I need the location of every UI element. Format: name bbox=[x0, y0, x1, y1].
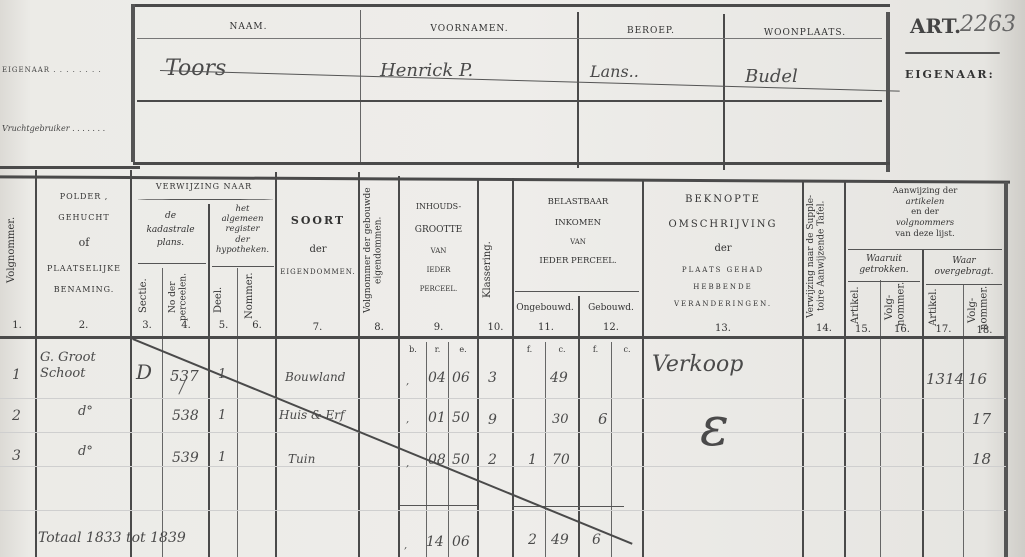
owner-woonplaats: Budel bbox=[745, 66, 798, 87]
col9-header-line: IEDER bbox=[400, 261, 477, 280]
row3-perceel: 539 bbox=[172, 450, 199, 466]
col7-header-line: EIGENDOMMEN. bbox=[278, 263, 358, 282]
col-line-right bbox=[1004, 182, 1008, 557]
article-label: ART. bbox=[910, 14, 961, 38]
unit-roede: r. bbox=[427, 345, 448, 354]
row-guide-3 bbox=[0, 466, 1006, 467]
hypotheken-header-line: het bbox=[210, 204, 275, 214]
col13-header-line: HEBBENDE bbox=[644, 279, 802, 296]
col13-header-line: VERANDERINGEN. bbox=[644, 296, 802, 313]
unit-gebouwd-cent: c. bbox=[612, 345, 642, 354]
owner-frame-top bbox=[133, 4, 890, 7]
total-ongebouwd-c: 49 bbox=[551, 532, 569, 548]
kadastrale-header-line: kadastrale bbox=[133, 224, 208, 238]
row1-klassering: 3 bbox=[488, 370, 497, 386]
row3-volgnommer: 3 bbox=[12, 448, 21, 464]
col-line-10 bbox=[477, 178, 479, 557]
verwijzing-naar-header: VERWIJZING NAAR bbox=[133, 182, 275, 192]
row2-volgnommer-overgebragt: 17 bbox=[972, 410, 991, 428]
col7-header-line: der bbox=[278, 236, 358, 263]
kadastrale-brace bbox=[138, 263, 206, 264]
usufructuary-row-label: Vruchtgebruiker . . . . . . . bbox=[2, 124, 105, 133]
row3-ongebouwd-f: 1 bbox=[528, 452, 537, 468]
verwijzing-brace bbox=[138, 199, 273, 200]
col16-header: Volg-nommer. bbox=[884, 288, 918, 326]
col9-header-line: INHOUDS- bbox=[400, 196, 477, 218]
header-bottom-rule bbox=[0, 336, 1006, 339]
colnum-17: 17. bbox=[924, 324, 963, 335]
belastbaar-header-line: INKOMEN bbox=[514, 213, 642, 234]
row3-grootte-e: 50 bbox=[452, 452, 470, 468]
colnum-1: 1. bbox=[2, 320, 32, 331]
colnum-11: 11. bbox=[514, 322, 578, 333]
row-guide-1 bbox=[0, 398, 1006, 399]
owner-row-label: EIGENAAR . . . . . . . . bbox=[2, 66, 102, 74]
total-grootte-r: 14 bbox=[426, 534, 444, 550]
row1-volgnommer: 1 bbox=[12, 367, 21, 383]
waar-header: Waar overgebragt. bbox=[924, 256, 1004, 278]
col1-header: Volgnommer. bbox=[6, 190, 30, 310]
col-line-5 bbox=[237, 268, 238, 557]
colnum-7: 7. bbox=[277, 322, 358, 333]
col9-header-line: PERCEEL. bbox=[400, 280, 477, 299]
aanwijzing-header-line: van deze lijst. bbox=[846, 229, 1004, 240]
ledger-page: EIGENAAR . . . . . . . . Vruchtgebruiker… bbox=[0, 0, 1025, 557]
table-top-mid bbox=[133, 162, 890, 165]
colnum-13: 13. bbox=[644, 323, 802, 334]
row3-soort: Tuin bbox=[288, 452, 315, 466]
col12-header: Gebouwd. bbox=[580, 303, 642, 314]
aanwijzing-header: Aanwijzing der artikelen en der volgnomm… bbox=[846, 186, 1004, 239]
row2-grootte-e: 50 bbox=[452, 410, 470, 426]
col-naam-header: NAAM. bbox=[137, 22, 360, 33]
colnum-9: 9. bbox=[400, 322, 477, 333]
row1-omschrijving: Verkoop bbox=[652, 352, 743, 377]
article-owner-label: EIGENAAR: bbox=[905, 68, 1010, 82]
colnum-16: 16. bbox=[882, 324, 922, 335]
unit-ongebouwd-cent: c. bbox=[546, 345, 578, 354]
col8-header: Volgnommer der gebouwde eigendommen. bbox=[363, 180, 393, 320]
hypotheken-header-line: hypotheken. bbox=[210, 245, 275, 255]
col-line-7 bbox=[358, 172, 360, 557]
row1-soort: Bouwland bbox=[285, 370, 345, 384]
row3-klassering: 2 bbox=[488, 452, 497, 468]
colnum-14: 14. bbox=[804, 323, 844, 334]
col-line-6 bbox=[275, 172, 277, 557]
col-line-11c bbox=[545, 342, 546, 557]
col-line-18 bbox=[963, 285, 964, 557]
col17-header: Artikel. bbox=[928, 290, 956, 326]
aanwijzing-header-line: volgnommers bbox=[846, 218, 1004, 229]
col9-header: INHOUDS- GROOTTE VAN IEDER PERCEEL. bbox=[400, 196, 477, 299]
col2-header-line: BENAMING. bbox=[38, 279, 130, 300]
col-line-16 bbox=[880, 280, 881, 557]
row1-artikel-overgebragt: 1314 bbox=[926, 370, 964, 388]
col-beroep-header: BEROEP. bbox=[579, 26, 723, 37]
col2-header-line: of bbox=[38, 228, 130, 257]
col6-header: Nommer. bbox=[244, 272, 266, 320]
idem-flourish: ε bbox=[700, 400, 729, 454]
waaruit-brace bbox=[848, 281, 920, 282]
aanwijzing-header-line: Aanwijzing der bbox=[846, 186, 1004, 197]
aanwijzing-header-line: en der bbox=[846, 207, 1004, 218]
colnum-8: 8. bbox=[360, 322, 398, 333]
col-line-14 bbox=[802, 180, 804, 557]
belastbaar-header-line: IEDER PERCEEL. bbox=[514, 251, 642, 272]
col-line-4 bbox=[208, 204, 210, 557]
col13-header-line: OMSCHRIJVING bbox=[644, 213, 802, 238]
row-guide-4 bbox=[0, 510, 1006, 511]
belastbaar-header-line: VAN bbox=[514, 234, 642, 251]
col9-header-line: VAN bbox=[400, 242, 477, 261]
row3-deel: 1 bbox=[218, 450, 226, 465]
total-label: Totaal 1833 tot 1839 bbox=[38, 530, 186, 546]
belastbaar-header-line: BELASTBAAR bbox=[514, 192, 642, 213]
unit-gebouwd-florin: f. bbox=[580, 345, 611, 354]
article-number: 2263 bbox=[960, 12, 1016, 37]
col10-header: Klassering. bbox=[482, 230, 508, 310]
colnum-5: 5. bbox=[210, 320, 237, 331]
col5-header: Deel. bbox=[213, 282, 233, 318]
row2-grootte-r: 01 bbox=[428, 410, 446, 426]
row3-volgnommer-overgebragt: 18 bbox=[972, 450, 991, 468]
aanwijzing-header-line: artikelen bbox=[846, 197, 1004, 208]
colnum-12: 12. bbox=[580, 322, 642, 333]
total-grootte-b: , bbox=[404, 540, 407, 551]
belastbaar-brace bbox=[515, 291, 639, 292]
belastbaar-header: BELASTBAAR INKOMEN VAN IEDER PERCEEL. bbox=[514, 192, 642, 272]
row2-deel: 1 bbox=[218, 408, 226, 423]
col3-header: Sectie. bbox=[138, 272, 158, 320]
total-gebouwd-f: 6 bbox=[592, 532, 601, 548]
owner-frame-left bbox=[131, 4, 135, 162]
row3-ongebouwd-c: 70 bbox=[552, 452, 570, 468]
unit-bunder: b. bbox=[400, 345, 426, 354]
colnum-2: 2. bbox=[37, 320, 130, 331]
row2-volgnommer: 2 bbox=[12, 408, 21, 424]
col18-header: Volg-nommer. bbox=[967, 290, 1001, 330]
col2-header-line: GEHUCHT bbox=[38, 207, 130, 228]
colnum-6: 6. bbox=[239, 320, 275, 331]
colnum-10: 10. bbox=[479, 322, 512, 333]
table-top-left bbox=[0, 166, 140, 169]
waar-brace bbox=[926, 284, 1002, 285]
row1-volgnommer-overgebragt: 16 bbox=[968, 370, 987, 388]
owner-beroep: Lans.. bbox=[590, 62, 639, 81]
row2-perceel: 538 bbox=[172, 408, 199, 424]
col-line-12c bbox=[611, 342, 612, 557]
col-woonplaats-header: WOONPLAATS. bbox=[725, 28, 885, 39]
owner-row-rule bbox=[137, 100, 882, 102]
col2-header-line: PLAATSELIJKE bbox=[38, 258, 130, 279]
col-line-9a bbox=[426, 342, 427, 557]
col13-header-line: PLAATS GEHAD bbox=[644, 262, 802, 279]
hypotheken-brace bbox=[212, 266, 274, 267]
col11-header: Ongebouwd. bbox=[510, 303, 580, 314]
col13-header-line: der bbox=[644, 237, 802, 262]
total-ongebouwd-f: 2 bbox=[528, 532, 537, 548]
col2-header-line: POLDER , bbox=[38, 186, 130, 207]
row2-klassering: 9 bbox=[488, 412, 497, 428]
row2-grootte-b: , bbox=[406, 414, 409, 425]
col4-header: No der perceelen. bbox=[168, 272, 204, 322]
owner-naam: Toors bbox=[165, 56, 226, 81]
col-line-3 bbox=[162, 268, 163, 557]
col-line-9b bbox=[448, 342, 449, 557]
row2-gebouwd-f: 6 bbox=[598, 410, 608, 428]
hypotheken-header-line: register bbox=[210, 224, 275, 234]
hypotheken-header: het algemeen register der hypotheken. bbox=[210, 204, 275, 255]
col-line-2 bbox=[130, 170, 132, 557]
total-grootte-e: 06 bbox=[452, 534, 470, 550]
hypotheken-header-line: der bbox=[210, 235, 275, 245]
col13-header: BEKNOPTE OMSCHRIJVING der PLAATS GEHAD H… bbox=[644, 188, 802, 313]
row1-ongebouwd-c: 49 bbox=[550, 370, 568, 386]
kadastrale-header-line: de bbox=[133, 210, 208, 224]
waaruit-header: Waaruit getrokken. bbox=[846, 254, 922, 276]
col14-header: Verwijzing naar de Supple-toire Aanwijze… bbox=[806, 186, 840, 326]
row1-grootte-e: 06 bbox=[452, 370, 470, 386]
colnum-4: 4. bbox=[164, 320, 208, 331]
unit-ongebouwd-florin: f. bbox=[514, 345, 545, 354]
colnum-18: 18. bbox=[965, 325, 1004, 336]
row1-grootte-r: 04 bbox=[428, 370, 446, 386]
aanwijzing-brace bbox=[848, 249, 1002, 250]
row2-ongebouwd-c: 30 bbox=[552, 412, 569, 427]
hypotheken-header-line: algemeen bbox=[210, 214, 275, 224]
col7-header: SOORT der EIGENDOMMEN. bbox=[278, 206, 358, 282]
owner-divider-1 bbox=[360, 10, 361, 162]
colnum-15: 15. bbox=[846, 324, 880, 335]
col-line-1 bbox=[35, 170, 37, 557]
col15-header: Artikel. bbox=[850, 288, 876, 324]
row3-grootte-b: , bbox=[406, 458, 409, 469]
row1-benaming: G. Groot Schoot bbox=[40, 350, 126, 381]
col9-header-line: GROOTTE bbox=[400, 218, 477, 242]
colnum-3: 3. bbox=[132, 320, 162, 331]
kadastrale-header-line: plans. bbox=[133, 237, 208, 251]
unit-el: e. bbox=[449, 345, 477, 354]
row2-benaming: d° bbox=[78, 404, 93, 419]
col7-header-line: SOORT bbox=[278, 206, 358, 236]
row1-sectie: D bbox=[136, 360, 152, 384]
kadastrale-header: de kadastrale plans. bbox=[133, 210, 208, 251]
row3-benaming: d° bbox=[78, 444, 93, 459]
article-underline bbox=[905, 52, 1000, 54]
row-guide-2 bbox=[0, 432, 1006, 433]
col13-header-line: BEKNOPTE bbox=[644, 188, 802, 213]
subtotal-rule-inkomen bbox=[512, 506, 624, 507]
col2-header: POLDER , GEHUCHT of PLAATSELIJKE BENAMIN… bbox=[38, 186, 130, 300]
row1-grootte-b: , bbox=[406, 376, 409, 387]
subtotal-rule-grootte bbox=[400, 505, 478, 506]
owner-frame-right bbox=[886, 12, 890, 172]
col-voornamen-header: VOORNAMEN. bbox=[362, 24, 577, 35]
